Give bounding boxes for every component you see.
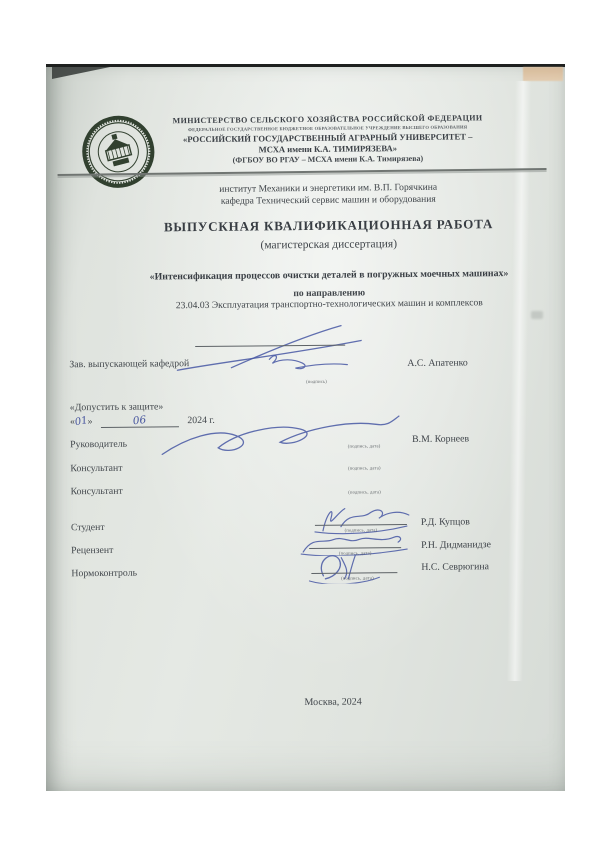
row-label-student: Студент bbox=[71, 522, 105, 533]
head-signature-caption: (подпись) bbox=[282, 379, 352, 385]
consultant-1-caption: (подпись, дата) bbox=[324, 465, 404, 471]
row-label-consultant-2: Консультант bbox=[71, 486, 123, 498]
date-day-handwritten: 01 bbox=[74, 415, 89, 428]
norm-control-name: Н.С. Севрюгина bbox=[421, 561, 489, 573]
head-of-department-name: А.С. Апатенко bbox=[407, 357, 468, 369]
row-label-consultant-1: Консультант bbox=[70, 463, 122, 475]
row-label-supervisor: Руководитель bbox=[70, 439, 127, 451]
head-of-department-label: Зав. выпускающей кафедрой bbox=[69, 358, 189, 370]
reviewer-name: Р.Н. Дидманидзе bbox=[421, 539, 491, 551]
row-label-norm-control: Нормоконтроль bbox=[71, 568, 137, 580]
date-month-handwritten: 06 bbox=[133, 414, 148, 427]
head-signature-ink bbox=[173, 324, 369, 374]
supervisor-signature-caption: (подпись, дата) bbox=[324, 443, 404, 449]
city-year: Москва, 2024 bbox=[107, 695, 560, 710]
work-title: ВЫПУСКНАЯ КВАЛИФИКАЦИОННАЯ РАБОТА bbox=[102, 216, 555, 236]
student-name: Р.Д. Купцов bbox=[421, 516, 470, 527]
document-photo: 1865 МИНИСТЕРСТВО СЕЛЬСКОГО ХОЗЯЙСТВА РО… bbox=[46, 64, 565, 791]
title-page: 1865 МИНИСТЕРСТВО СЕЛЬСКОГО ХОЗЯЙСТВА РО… bbox=[43, 65, 569, 794]
norm-control-signature-caption: (подпись, дата) bbox=[317, 575, 397, 581]
supervisor-name: В.М. Корнеев bbox=[412, 433, 469, 445]
row-label-reviewer: Рецензент bbox=[71, 545, 113, 556]
work-subtitle: (магистерская диссертация) bbox=[102, 237, 555, 253]
admit-line: «Допустить к защите» bbox=[70, 401, 164, 413]
consultant-2-caption: (подпись, дата) bbox=[325, 489, 405, 495]
thesis-theme: «Интенсификация процессов очистки детале… bbox=[102, 268, 555, 283]
supervisor-signature-ink bbox=[158, 414, 404, 458]
